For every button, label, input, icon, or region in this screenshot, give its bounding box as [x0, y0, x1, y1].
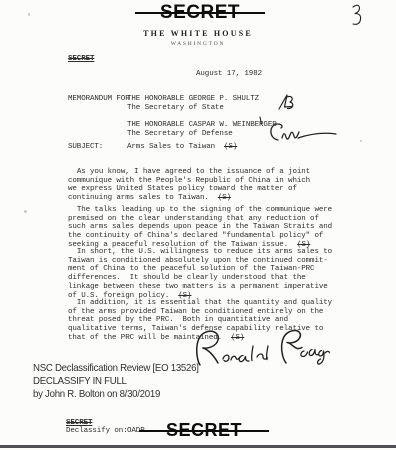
- strikethrough-line: [139, 430, 269, 432]
- letterhead-subtitle: WASHINGTON: [98, 41, 298, 47]
- declassification-stamp-line2: DECLASSIFY IN FULL: [33, 375, 199, 388]
- weinberger-initials-handwriting: [256, 114, 342, 148]
- recipient-2-title: The Secretary of Defense: [127, 130, 233, 138]
- recipient-2-name: THE HONORABLE CASPAR W. WEINBERGER: [127, 121, 277, 129]
- recipient-1-name: THE HONORABLE GEORGE P. SHULTZ: [127, 95, 259, 103]
- reagan-signature: [190, 325, 330, 373]
- declassify-on-label: Declassify on:: [66, 427, 128, 435]
- shultz-initials-handwriting: [274, 92, 298, 116]
- subject-classification-marker: (S): [224, 143, 237, 151]
- typed-secret-top: SECRET: [68, 55, 94, 63]
- strikethrough-line: [135, 12, 265, 14]
- declassification-stamp-line3: by John R. Bolton on 8/30/2019: [33, 388, 199, 401]
- subject-line: Arms Sales to Taiwan(S): [127, 143, 237, 151]
- scan-speck: [28, 13, 30, 16]
- recipient-1-title: The Secretary of State: [127, 104, 224, 112]
- declassification-stamp-line1: NSC Declassification Review [EO 13526]: [33, 362, 199, 375]
- page-number-handwritten: [349, 3, 365, 29]
- secret-stamp-top: SECRET: [148, 2, 252, 24]
- memo-for-label: MEMORANDUM FOR: [68, 95, 130, 103]
- page-bottom-edge: [0, 445, 396, 448]
- letterhead-title: THE WHITE HOUSE: [98, 29, 298, 38]
- declassification-stamp: NSC Declassification Review [EO 13526] D…: [33, 362, 199, 401]
- secret-stamp-bottom: SECRET: [152, 420, 256, 441]
- scan-speck: [24, 210, 27, 213]
- document-page: { "page_number": "3", "stamps": { "secre…: [0, 0, 396, 450]
- subject-text: Arms Sales to Taiwan: [127, 143, 215, 151]
- date: August 17, 1982: [196, 70, 262, 78]
- scan-speck: [360, 140, 362, 142]
- subject-label: SUBJECT:: [68, 143, 103, 151]
- typed-secret-bottom: SECRET: [66, 419, 92, 427]
